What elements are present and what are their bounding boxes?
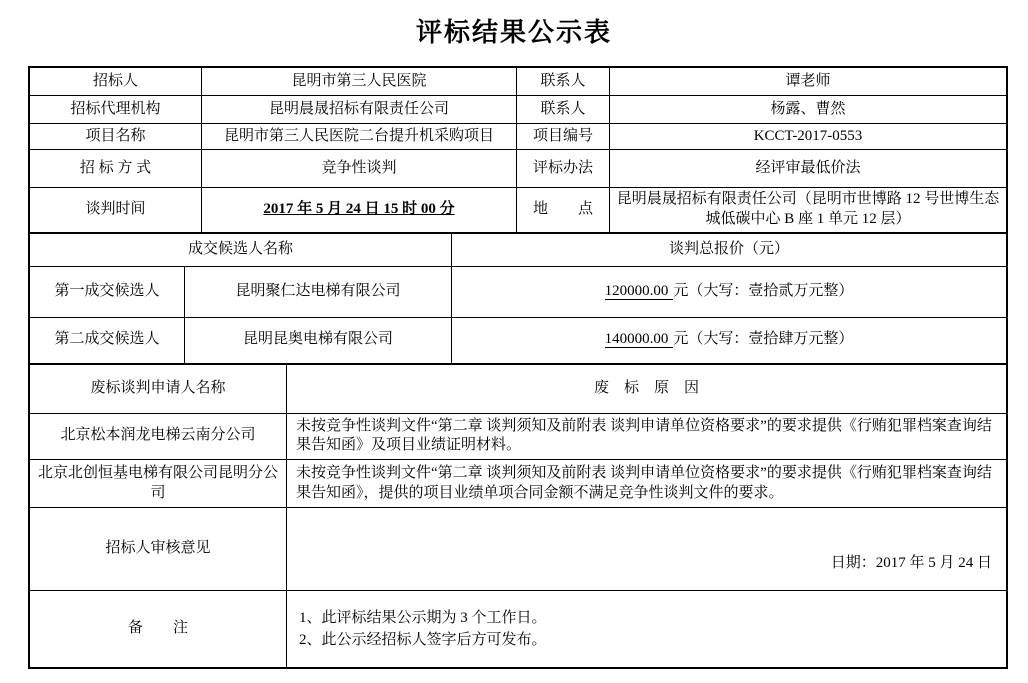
rejected-1-reason: 未按竞争性谈判文件“第二章 谈判须知及前附表 谈判申请单位资格要求”的要求提供《…: [287, 414, 1006, 460]
project-name-label: 项目名称: [30, 124, 202, 149]
document-page: 评标结果公示表 招标人 昆明市第三人民医院 联系人 谭老师 招标代理机构 昆明晨…: [0, 0, 1028, 683]
candidate-1-price: 120000.00元（大写：壹拾贰万元整）: [452, 267, 1006, 317]
candidate-1-rank: 第一成交候选人: [30, 267, 185, 317]
row-candidate-1: 第一成交候选人 昆明聚仁达电梯有限公司 120000.00元（大写：壹拾贰万元整…: [30, 266, 1006, 317]
candidate-1-amount-words: 元（大写：壹拾贰万元整）: [673, 283, 853, 299]
negotiation-time-text: 2017 年 5 月 24 日 15 时 00 分: [263, 200, 454, 220]
row-bid-method: 招 标 方 式 竞争性谈判 评标办法 经评审最低价法: [30, 149, 1006, 187]
project-no-label: 项目编号: [517, 124, 610, 149]
row-rejected-2: 北京北创恒基电梯有限公司昆明分公司 未按竞争性谈判文件“第二章 谈判须知及前附表…: [30, 459, 1006, 507]
remarks-label: 备 注: [30, 591, 287, 667]
rejected-1-applicant: 北京松本润龙电梯云南分公司: [30, 414, 287, 460]
candidates-name-header: 成交候选人名称: [30, 234, 452, 266]
candidates-price-header: 谈判总报价（元）: [452, 234, 1006, 266]
row-rejected-header: 废标谈判申请人名称 废 标 原 因: [30, 363, 1006, 413]
row-negotiation-time: 谈判时间 2017 年 5 月 24 日 15 时 00 分 地 点 昆明晨晟招…: [30, 187, 1006, 232]
row-rejected-1: 北京松本润龙电梯云南分公司 未按竞争性谈判文件“第二章 谈判须知及前附表 谈判申…: [30, 413, 1006, 460]
project-no-value: KCCT-2017-0553: [610, 124, 1006, 149]
row-agency: 招标代理机构 昆明晨晟招标有限责任公司 联系人 杨露、曹然: [30, 95, 1006, 123]
bid-method-value: 竞争性谈判: [202, 150, 517, 187]
candidate-2-company: 昆明昆奥电梯有限公司: [185, 318, 452, 363]
row-bidder: 招标人 昆明市第三人民医院 联系人 谭老师: [30, 68, 1006, 95]
contact1-label: 联系人: [517, 68, 610, 95]
remarks-content: 1、此评标结果公示期为 3 个工作日。 2、此公示经招标人签字后方可发布。: [287, 591, 1006, 667]
contact2-value: 杨露、曹然: [610, 96, 1006, 123]
candidate-1-company: 昆明聚仁达电梯有限公司: [185, 267, 452, 317]
agency-value: 昆明晨晟招标有限责任公司: [202, 96, 517, 123]
agency-label: 招标代理机构: [30, 96, 202, 123]
result-table: 招标人 昆明市第三人民医院 联系人 谭老师 招标代理机构 昆明晨晟招标有限责任公…: [28, 66, 1008, 669]
location-label: 地 点: [517, 188, 610, 232]
remark-line-1: 1、此评标结果公示期为 3 个工作日。: [299, 607, 547, 630]
location-value: 昆明晨晟招标有限责任公司（昆明市世博路 12 号世博生态城低碳中心 B 座 1 …: [610, 188, 1006, 232]
bidder-value: 昆明市第三人民医院: [202, 68, 517, 95]
page-title: 评标结果公示表: [0, 0, 1028, 62]
row-candidate-2: 第二成交候选人 昆明昆奥电梯有限公司 140000.00元（大写：壹拾肆万元整）: [30, 317, 1006, 363]
review-date: 日期：2017 年 5 月 24 日: [831, 554, 992, 574]
negotiation-time-label: 谈判时间: [30, 188, 202, 232]
candidate-2-price: 140000.00元（大写：壹拾肆万元整）: [452, 318, 1006, 363]
contact1-value: 谭老师: [610, 68, 1006, 95]
remark-line-2: 2、此公示经招标人签字后方可发布。: [299, 629, 547, 652]
contact2-label: 联系人: [517, 96, 610, 123]
row-remarks: 备 注 1、此评标结果公示期为 3 个工作日。 2、此公示经招标人签字后方可发布…: [30, 590, 1006, 667]
negotiation-time-value: 2017 年 5 月 24 日 15 时 00 分: [202, 188, 517, 232]
rejected-reason-header: 废 标 原 因: [287, 365, 1006, 413]
eval-method-label: 评标办法: [517, 150, 610, 187]
review-label: 招标人审核意见: [30, 508, 287, 590]
rejected-2-reason: 未按竞争性谈判文件“第二章 谈判须知及前附表 谈判申请单位资格要求”的要求提供《…: [287, 460, 1006, 507]
candidate-1-amount: 120000.00: [605, 283, 674, 300]
candidate-1-price-text: 120000.00元（大写：壹拾贰万元整）: [605, 282, 854, 302]
review-content: 日期：2017 年 5 月 24 日: [287, 508, 1006, 590]
candidate-2-rank: 第二成交候选人: [30, 318, 185, 363]
row-review: 招标人审核意见 日期：2017 年 5 月 24 日: [30, 507, 1006, 590]
row-project-name: 项目名称 昆明市第三人民医院二台提升机采购项目 项目编号 KCCT-2017-0…: [30, 123, 1006, 149]
project-name-value: 昆明市第三人民医院二台提升机采购项目: [202, 124, 517, 149]
eval-method-value: 经评审最低价法: [610, 150, 1006, 187]
bid-method-label: 招 标 方 式: [30, 150, 202, 187]
rejected-2-applicant: 北京北创恒基电梯有限公司昆明分公司: [30, 460, 287, 507]
bidder-label: 招标人: [30, 68, 202, 95]
candidate-2-amount-words: 元（大写：壹拾肆万元整）: [673, 331, 853, 347]
candidate-2-amount: 140000.00: [605, 331, 674, 348]
row-candidates-header: 成交候选人名称 谈判总报价（元）: [30, 232, 1006, 266]
rejected-name-header: 废标谈判申请人名称: [30, 365, 287, 413]
candidate-2-price-text: 140000.00元（大写：壹拾肆万元整）: [605, 330, 854, 350]
